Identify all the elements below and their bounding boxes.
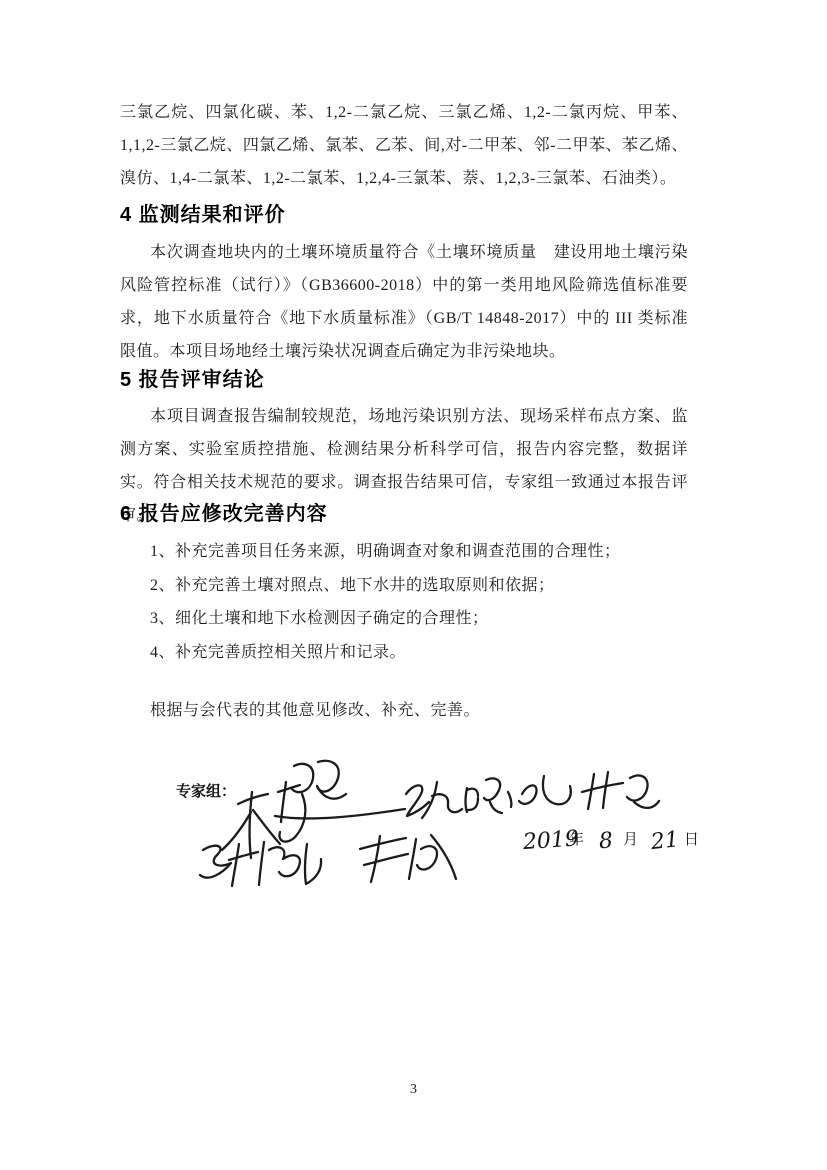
date-day: 21 [649,827,680,855]
revision-item-4: 4、补充完善质控相关照片和记录。 [120,636,688,670]
revision-item-2: 2、补充完善土壤对照点、地下水井的选取原则和依据； [120,569,688,603]
date-year-suffix: 年 [569,830,584,848]
signature-5-handwriting [360,835,456,882]
section-6-heading: 6 报告应修改完善内容 [120,500,328,528]
signature-4-handwriting [200,842,321,886]
signature-block: 专家组： [110,752,740,907]
section-5-heading: 5 报告评审结论 [120,366,265,394]
page-number: 3 [0,1082,827,1098]
handwritten-signatures: 2019 年 8 月 21 日 [110,752,740,907]
revision-list: 1、补充完善项目任务来源，明确调查对象和调查范围的合理性； 2、补充完善土壤对照… [120,535,688,669]
signature-3-handwriting [519,772,659,809]
revision-item-1: 1、补充完善项目任务来源，明确调查对象和调查范围的合理性； [120,535,688,569]
signature-date: 2019 年 8 月 21 日 [521,826,699,855]
date-month-suffix: 月 [623,831,638,848]
closing-note: 根据与会代表的其他意见修改、补充、完善。 [120,694,688,727]
date-day-suffix: 日 [684,831,699,848]
section-4-heading: 4 监测结果和评价 [120,201,286,229]
continuation-paragraph: 三氯乙烷、四氯化碳、苯、1,2-二氯乙烷、三氯乙烯、1,2-二氯丙烷、甲苯、1,… [120,96,688,195]
document-page: 三氯乙烷、四氯化碳、苯、1,2-二氯乙烷、三氯乙烯、1,2-二氯丙烷、甲苯、1,… [0,0,827,1170]
revision-item-3: 3、细化土壤和地下水检测因子确定的合理性； [120,602,688,636]
signature-2-handwriting [406,778,511,818]
section-4-paragraph: 本次调查地块内的土壤环境质量符合《土壤环境质量 建设用地土壤污染风险管控标准（试… [120,236,688,368]
date-month: 8 [598,828,614,854]
